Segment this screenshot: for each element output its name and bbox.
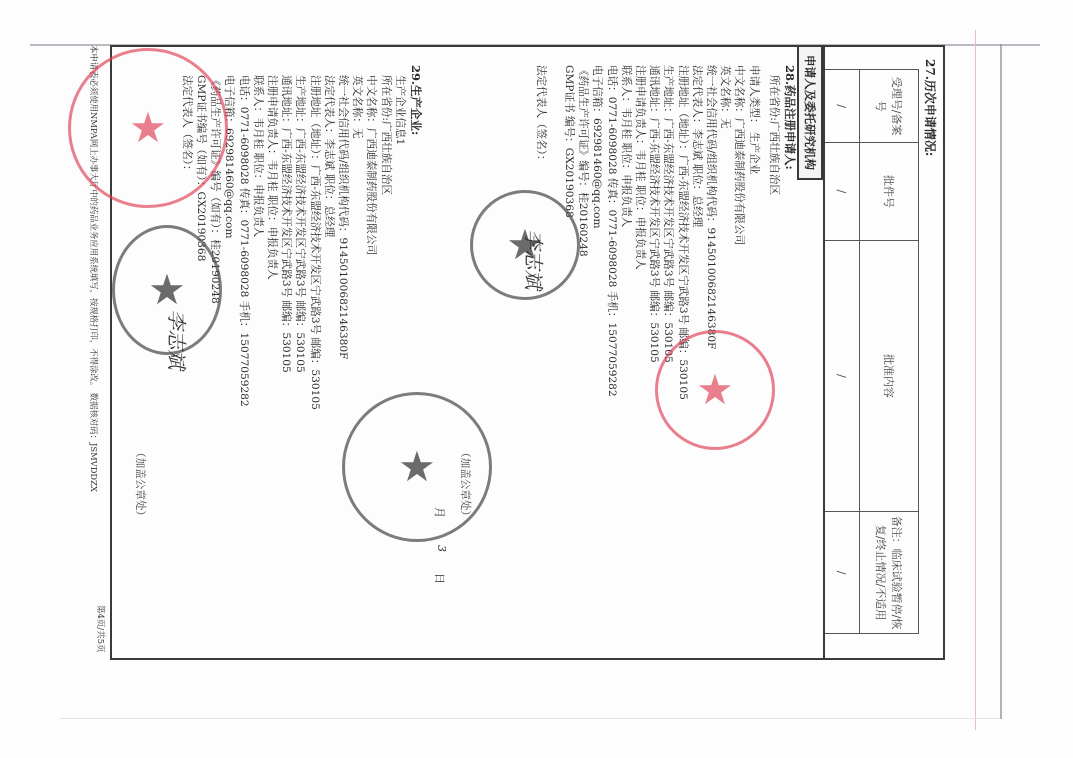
info-line: 通讯地址：广西-东盟经济技术开发区宁武路3号 邮编：530105: [279, 75, 293, 410]
date-day-suffix: 日: [432, 573, 448, 584]
table-cell: /: [825, 240, 860, 512]
table-row: / / / /: [825, 70, 860, 634]
section-tab-label: 申请人及委托研究机构: [797, 47, 823, 180]
info-line: 通讯地址：广西-东盟经济技术开发区宁武路3号 邮编：530105: [647, 65, 661, 400]
bureau-seal-gray: ★: [342, 392, 492, 542]
seal-note: （加盖公章处）: [133, 447, 148, 521]
info-line: 电话：0771-6098028 传真：0771-6098028 手机：15077…: [604, 65, 618, 400]
info-line: 电话：0771-6098028 传真：0771-6098028 手机：15077…: [236, 75, 250, 410]
date-day: 3: [435, 545, 448, 552]
info-line: 统一社会信用代码/组织机构代码：91450100682146380F: [336, 75, 350, 410]
history-table: 受理号/备案号 批件号 批准内容 备注：临床试验暂停/恢复/终止情况/不适用 /…: [824, 69, 919, 634]
col-header: 备注：临床试验暂停/恢复/终止情况/不适用: [860, 512, 919, 634]
legal-rep-signature: 李志斌: [521, 230, 550, 290]
star-icon: ★: [129, 107, 167, 149]
rotated-form-page: 27.历次申请情况: 受理号/备案号 批件号 批准内容 备注：临床试验暂停/恢复…: [100, 45, 1000, 665]
page-number: 第4页/共5页: [95, 605, 107, 653]
info-line: 注册申请负责人：韦月桂 职位：申报负责人: [633, 65, 647, 400]
info-line: 英文名称：无: [350, 75, 364, 410]
star-icon: ★: [398, 446, 436, 488]
table-cell: /: [825, 70, 860, 143]
info-line: 注册申请负责人：韦月桂 职位：申报负责人: [265, 75, 279, 410]
info-line: 联系人：韦月桂 职位：申报负责人: [619, 65, 633, 400]
col-header: 批件号: [860, 143, 919, 240]
table-cell: /: [825, 143, 860, 240]
section-28-title: 28.药品注册申请人:: [783, 65, 797, 400]
star-icon: ★: [148, 269, 186, 311]
scan-edge: [60, 718, 1000, 719]
info-line: 中文名称：广西迪泰制药股份有限公司: [364, 75, 378, 410]
section-29-title: 29.生产企业:: [409, 65, 423, 410]
form-frame: 27.历次申请情况: 受理号/备案号 批件号 批准内容 备注：临床试验暂停/恢复…: [110, 45, 945, 660]
section-27: 27.历次申请情况: 受理号/备案号 批件号 批准内容 备注：临床试验暂停/恢复…: [825, 47, 943, 658]
section-divider: [823, 47, 825, 658]
legal-rep-signature: 李志斌: [164, 310, 193, 370]
company-seal-red: ★: [68, 48, 228, 208]
province: 所在省份:广西壮族自治区: [767, 65, 781, 400]
info-line: 注册地址（地址）：广西-东盟经济技术开发区宁武路3号 邮编：530105: [307, 75, 321, 410]
subsection-title: 生产企业信息1: [393, 65, 407, 410]
info-line: 电子信箱：692981460@qq.com: [590, 65, 604, 400]
star-icon: ★: [696, 369, 734, 411]
info-line: 生产地址：广西-东盟经济技术开发区宁武路3号 邮编：530105: [293, 75, 307, 410]
info-line: 联系人：韦月桂 职位：申报负责人: [251, 75, 265, 410]
info-line: 所在省份:广西壮族自治区: [378, 75, 392, 410]
col-header: 批准内容: [860, 240, 919, 512]
company-seal-red: ★: [655, 330, 775, 450]
table-cell: /: [825, 512, 860, 634]
col-header: 受理号/备案号: [860, 70, 919, 143]
section-27-title: 27.历次申请情况:: [922, 59, 939, 156]
scan-edge: [1000, 44, 1002, 719]
info-line: 法定代表人：李志斌 职位：总经理: [322, 75, 336, 410]
